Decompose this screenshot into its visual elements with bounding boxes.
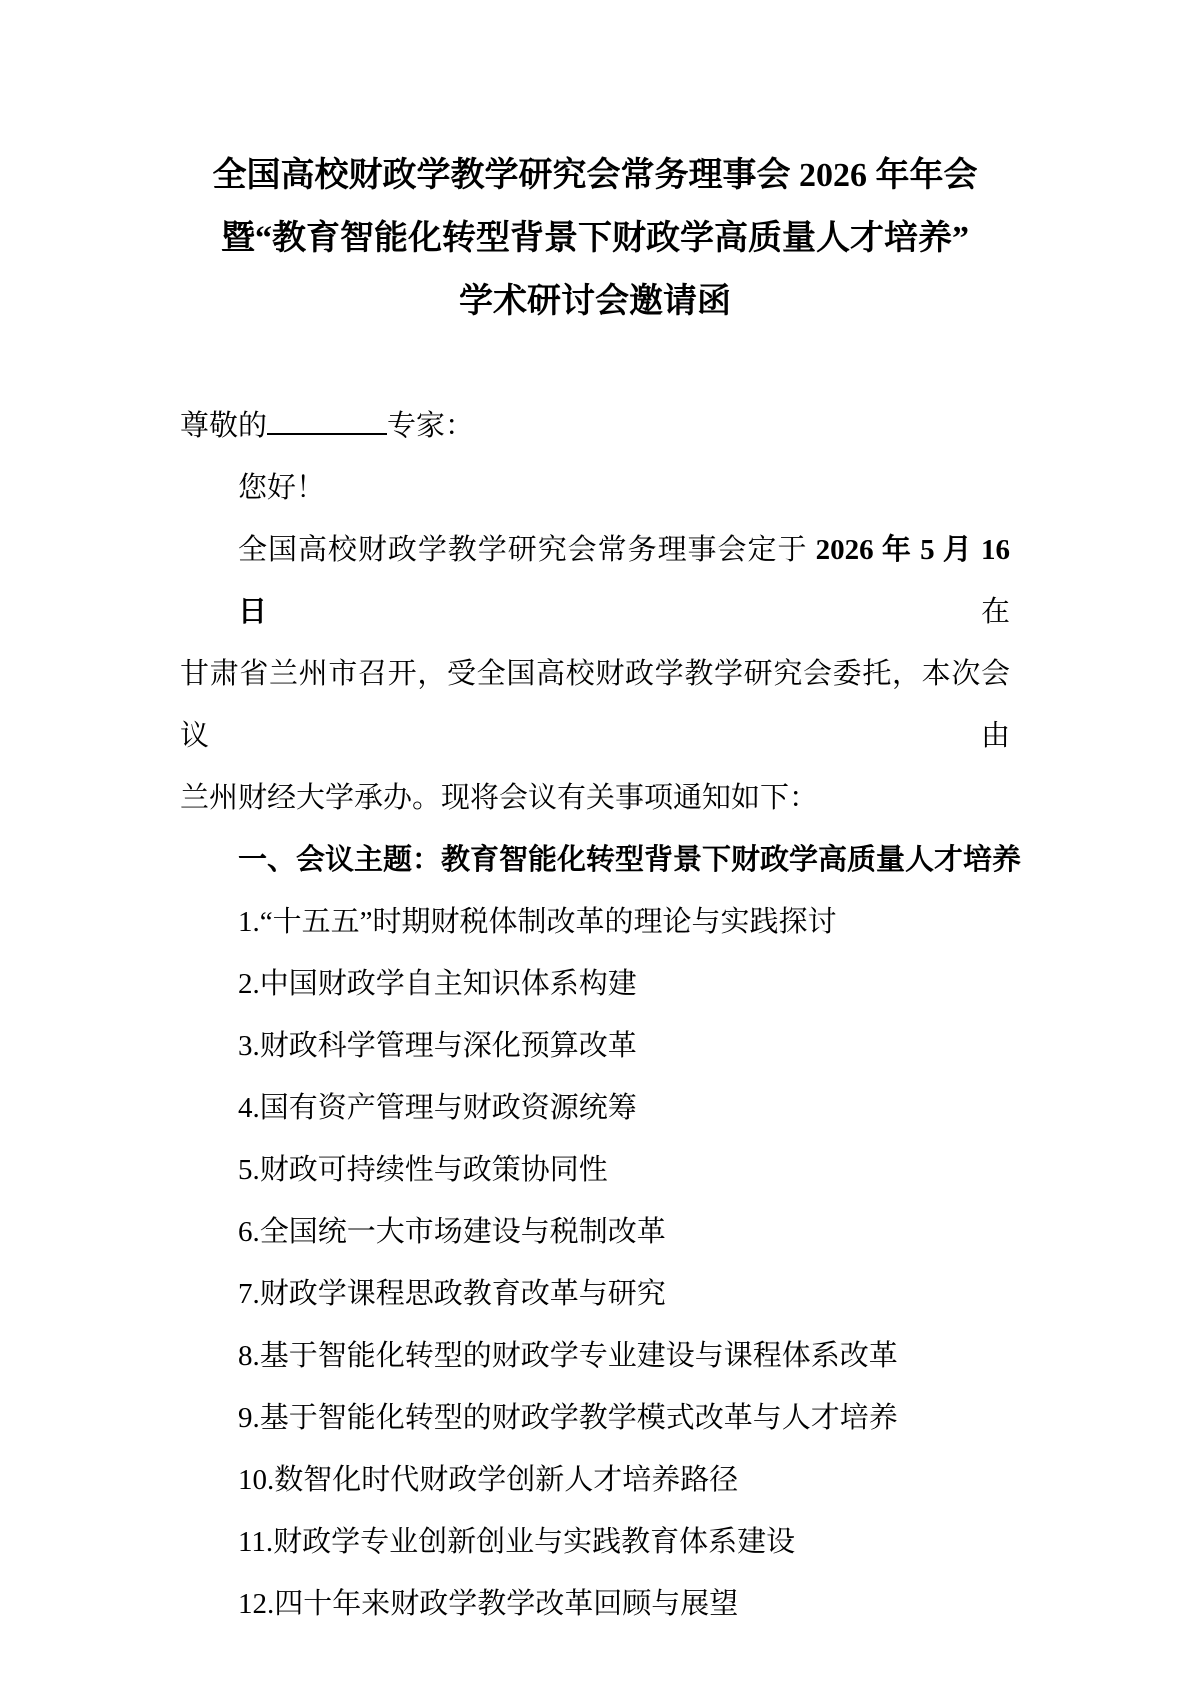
document-title-line-2: 暨“教育智能化转型背景下财政学高质量人才培养”: [180, 207, 1010, 270]
topic-item: 1.“十五五”时期财税体制改革的理论与实践探讨: [180, 891, 1010, 953]
topic-item: 6.全国统一大市场建设与税制改革: [180, 1201, 1010, 1263]
document-title-line-1: 全国高校财政学教学研究会常务理事会 2026 年年会: [180, 144, 1010, 207]
topic-item: 12.四十年来财政学教学改革回顾与展望: [180, 1573, 1010, 1635]
salutation-prefix: 尊敬的: [180, 410, 267, 442]
topic-list: 1.“十五五”时期财税体制改革的理论与实践探讨2.中国财政学自主知识体系构建3.…: [180, 891, 1010, 1635]
section-heading-topic: 一、会议主题：教育智能化转型背景下财政学高质量人才培养: [180, 829, 1010, 891]
document-title-line-3: 学术研讨会邀请函: [180, 270, 1010, 333]
intro-paragraph-line-3: 兰州财经大学承办。现将会议有关事项通知如下：: [180, 767, 1010, 829]
topic-item: 8.基于智能化转型的财政学专业建设与课程体系改革: [180, 1325, 1010, 1387]
salutation-line: 尊敬的专家：: [180, 395, 1010, 457]
topic-item: 3.财政科学管理与深化预算改革: [180, 1015, 1010, 1077]
intro-paragraph-line-1: 全国高校财政学教学研究会常务理事会定于 2026 年 5 月 16 日在: [180, 519, 1010, 643]
topic-item: 9.基于智能化转型的财政学教学模式改革与人才培养: [180, 1387, 1010, 1449]
topic-item: 2.中国财政学自主知识体系构建: [180, 953, 1010, 1015]
topic-item: 5.财政可持续性与政策协同性: [180, 1139, 1010, 1201]
intro-line1-pre: 全国高校财政学教学研究会常务理事会定于: [238, 534, 816, 566]
topic-item: 7.财政学课程思政教育改革与研究: [180, 1263, 1010, 1325]
intro-line1-post: 在: [981, 596, 1010, 628]
topic-item: 4.国有资产管理与财政资源统筹: [180, 1077, 1010, 1139]
topic-item: 10.数智化时代财政学创新人才培养路径: [180, 1449, 1010, 1511]
intro-paragraph-line-2: 甘肃省兰州市召开，受全国高校财政学教学研究会委托，本次会议由: [180, 643, 1010, 767]
document-page: 全国高校财政学教学研究会常务理事会 2026 年年会 暨“教育智能化转型背景下财…: [0, 0, 1190, 1683]
greeting-line: 您好！: [180, 457, 1010, 519]
salutation-suffix: 专家：: [387, 410, 474, 442]
topic-item: 11.财政学专业创新创业与实践教育体系建设: [180, 1511, 1010, 1573]
salutation-blank-underline: [267, 404, 387, 435]
